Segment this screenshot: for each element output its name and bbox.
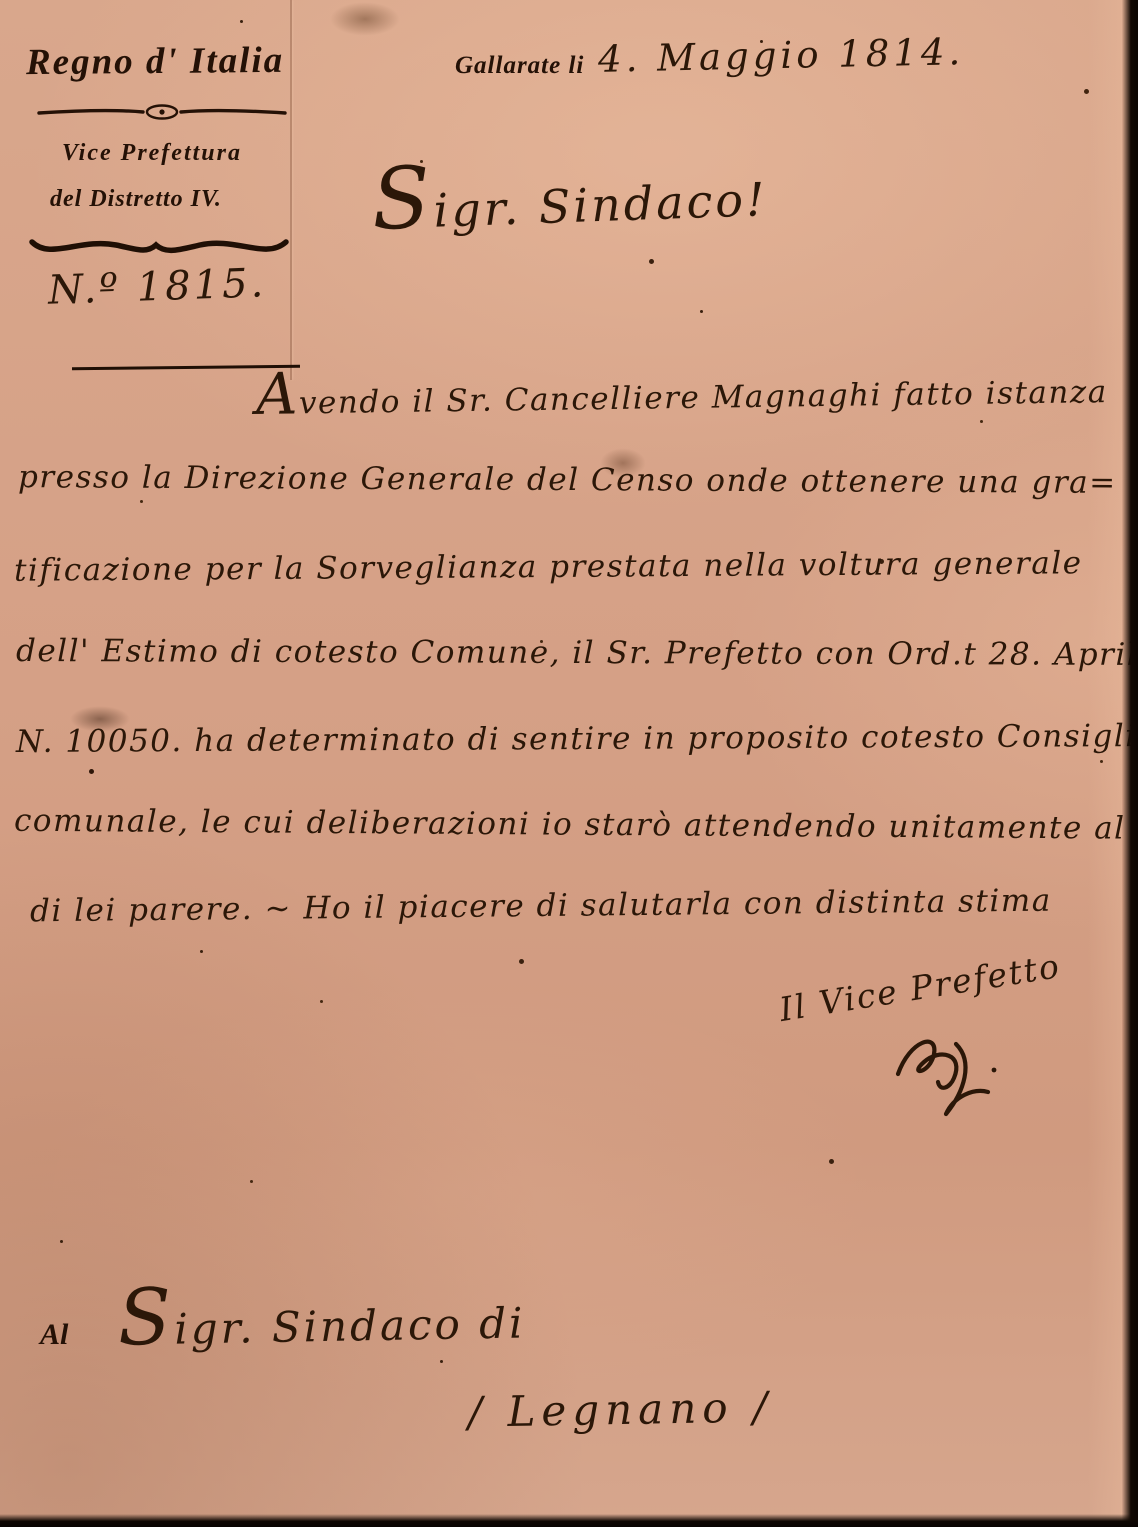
body-line-5: N. 10050. ha determinato di sentire in p… xyxy=(16,718,1138,760)
address-line-2: / Legnano / xyxy=(468,1382,774,1436)
body-line-4: dell' Estimo di cotesto Comune, il Sr. P… xyxy=(16,633,1138,673)
salutation: Sigr. Sindaco! xyxy=(371,161,768,240)
fold-crease xyxy=(290,0,292,380)
ink-specks xyxy=(240,20,243,23)
address-to-label: Al xyxy=(40,1318,68,1352)
address-line-1: Sigr. Sindaco di xyxy=(118,1288,526,1354)
letterhead-divider-ornament xyxy=(36,102,288,122)
dateline-date: 4. Maggio 1814. xyxy=(598,30,965,81)
protocol-number: N.º 1815. xyxy=(47,260,267,314)
letter-scan: Regno d' Italia Vice Prefettura del Dist… xyxy=(0,0,1138,1527)
letterhead-office-line1: Vice Prefettura xyxy=(62,140,242,167)
body-line-7: di lei parere. ~ Ho il piacere di saluta… xyxy=(30,883,1052,930)
signature-paraph xyxy=(880,1018,1010,1118)
body-line-2: presso la Direzione Generale del Censo o… xyxy=(18,459,1117,501)
body-line-1: Avendo il Sr. Cancelliere Magnaghi fatto… xyxy=(256,366,1108,422)
letterhead-office-line2: del Distretto IV. xyxy=(50,186,222,213)
letterhead-kingdom: Regno d' Italia xyxy=(26,39,285,84)
dateline-place: Gallarate li xyxy=(455,52,584,80)
paper-light-band xyxy=(1088,0,1122,1527)
scan-edge-bottom xyxy=(0,1514,1138,1527)
closing-title: Il Vice Prefetto xyxy=(777,946,1064,1029)
body-line-6: comunale, le cui deliberazioni io starò … xyxy=(14,803,1138,847)
ink-stain xyxy=(330,2,400,36)
body-line-3: tificazione per la Sorveglianza prestata… xyxy=(14,545,1083,588)
scan-edge-right xyxy=(1122,0,1138,1527)
